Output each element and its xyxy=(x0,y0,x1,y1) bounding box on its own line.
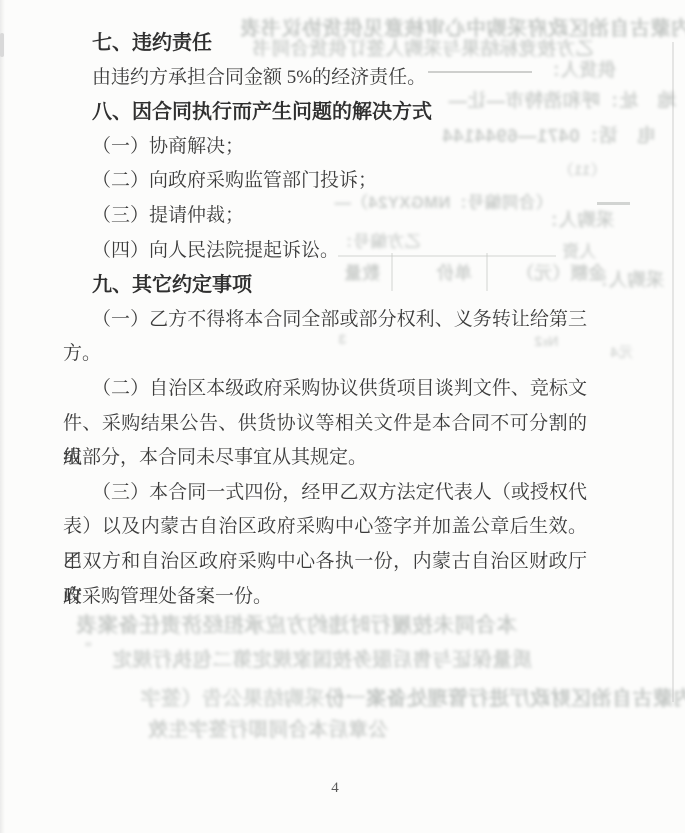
section-heading-9: 九、其它约定事项 xyxy=(63,268,587,303)
bleedthrough-text: 采购人： xyxy=(590,266,664,292)
page-number: 4 xyxy=(0,780,670,797)
page-edge-mark xyxy=(0,33,4,57)
contract-list-item: （一）协商解决； xyxy=(63,130,587,165)
contract-line: （三）本合同一式四份，经甲乙双方法定代表人（或授权代 xyxy=(63,476,587,511)
contract-line: 件、采购结果公告、供货协议等相关文件是本合同不可分割的组 xyxy=(63,407,587,442)
bleedthrough-text: 质量保证与售后服务按国家规定第二包执行规定 xyxy=(112,644,532,672)
page-left-edge-shadow xyxy=(0,0,5,833)
contract-line: 方。 xyxy=(63,337,587,372)
bleedthrough-dash xyxy=(597,202,630,205)
contract-list-item: （四）向人民法院提起诉讼。 xyxy=(63,234,587,269)
contract-list-item: （三）提请仲裁； xyxy=(63,199,587,234)
bleedthrough-text-dark: 内蒙古自治区财政厅进行管理处备案一份 xyxy=(325,688,685,710)
contract-line: 府采购管理处备案一份。 xyxy=(63,580,587,615)
contract-list-item: （二）向政府采购监管部门投诉； xyxy=(63,164,587,199)
contract-line: （一）乙方不得将本合同全部或部分权利、义务转让给第三 xyxy=(63,303,587,338)
contract-line: 由违约方承担合同金额 5%的经济责任。 xyxy=(63,61,587,96)
contract-line: 表）以及内蒙古自治区政府采购中心签字并加盖公章后生效。甲 xyxy=(63,510,587,545)
contract-line: 成部分，本合同未尽事宜从其规定。 xyxy=(63,441,587,476)
section-heading-7: 七、违约责任 xyxy=(63,26,587,61)
bleedthrough-text: 公章后本合同即行签字生效 xyxy=(148,714,388,742)
bleedthrough-text: 元4 xyxy=(610,342,633,362)
page-right-edge-line xyxy=(672,42,674,702)
bleedthrough-text: 内蒙古自治区财政厅进行管理处备案一份采购结果公告（签字 xyxy=(140,682,685,711)
bleedthrough-text: “ xyxy=(84,639,92,656)
bleedthrough-text-light: 采购结果公告（签字 xyxy=(140,688,325,710)
contract-line: 乙双方和自治区政府采购中心各执一份，内蒙古自治区财政厅政 xyxy=(63,545,587,580)
section-heading-8: 八、因合同执行而产生问题的解决方式 xyxy=(63,95,587,130)
scanned-contract-page: 内蒙古自治区政府采购中心审核意见供货协议书表 乙方按竞标结果与采购人签订供货合同… xyxy=(0,0,685,833)
contract-line: （二）自治区本级政府采购协议供货项目谈判文件、竞标文 xyxy=(63,372,587,407)
contract-body: 七、违约责任 由违约方承担合同金额 5%的经济责任。 八、因合同执行而产生问题的… xyxy=(63,26,587,614)
